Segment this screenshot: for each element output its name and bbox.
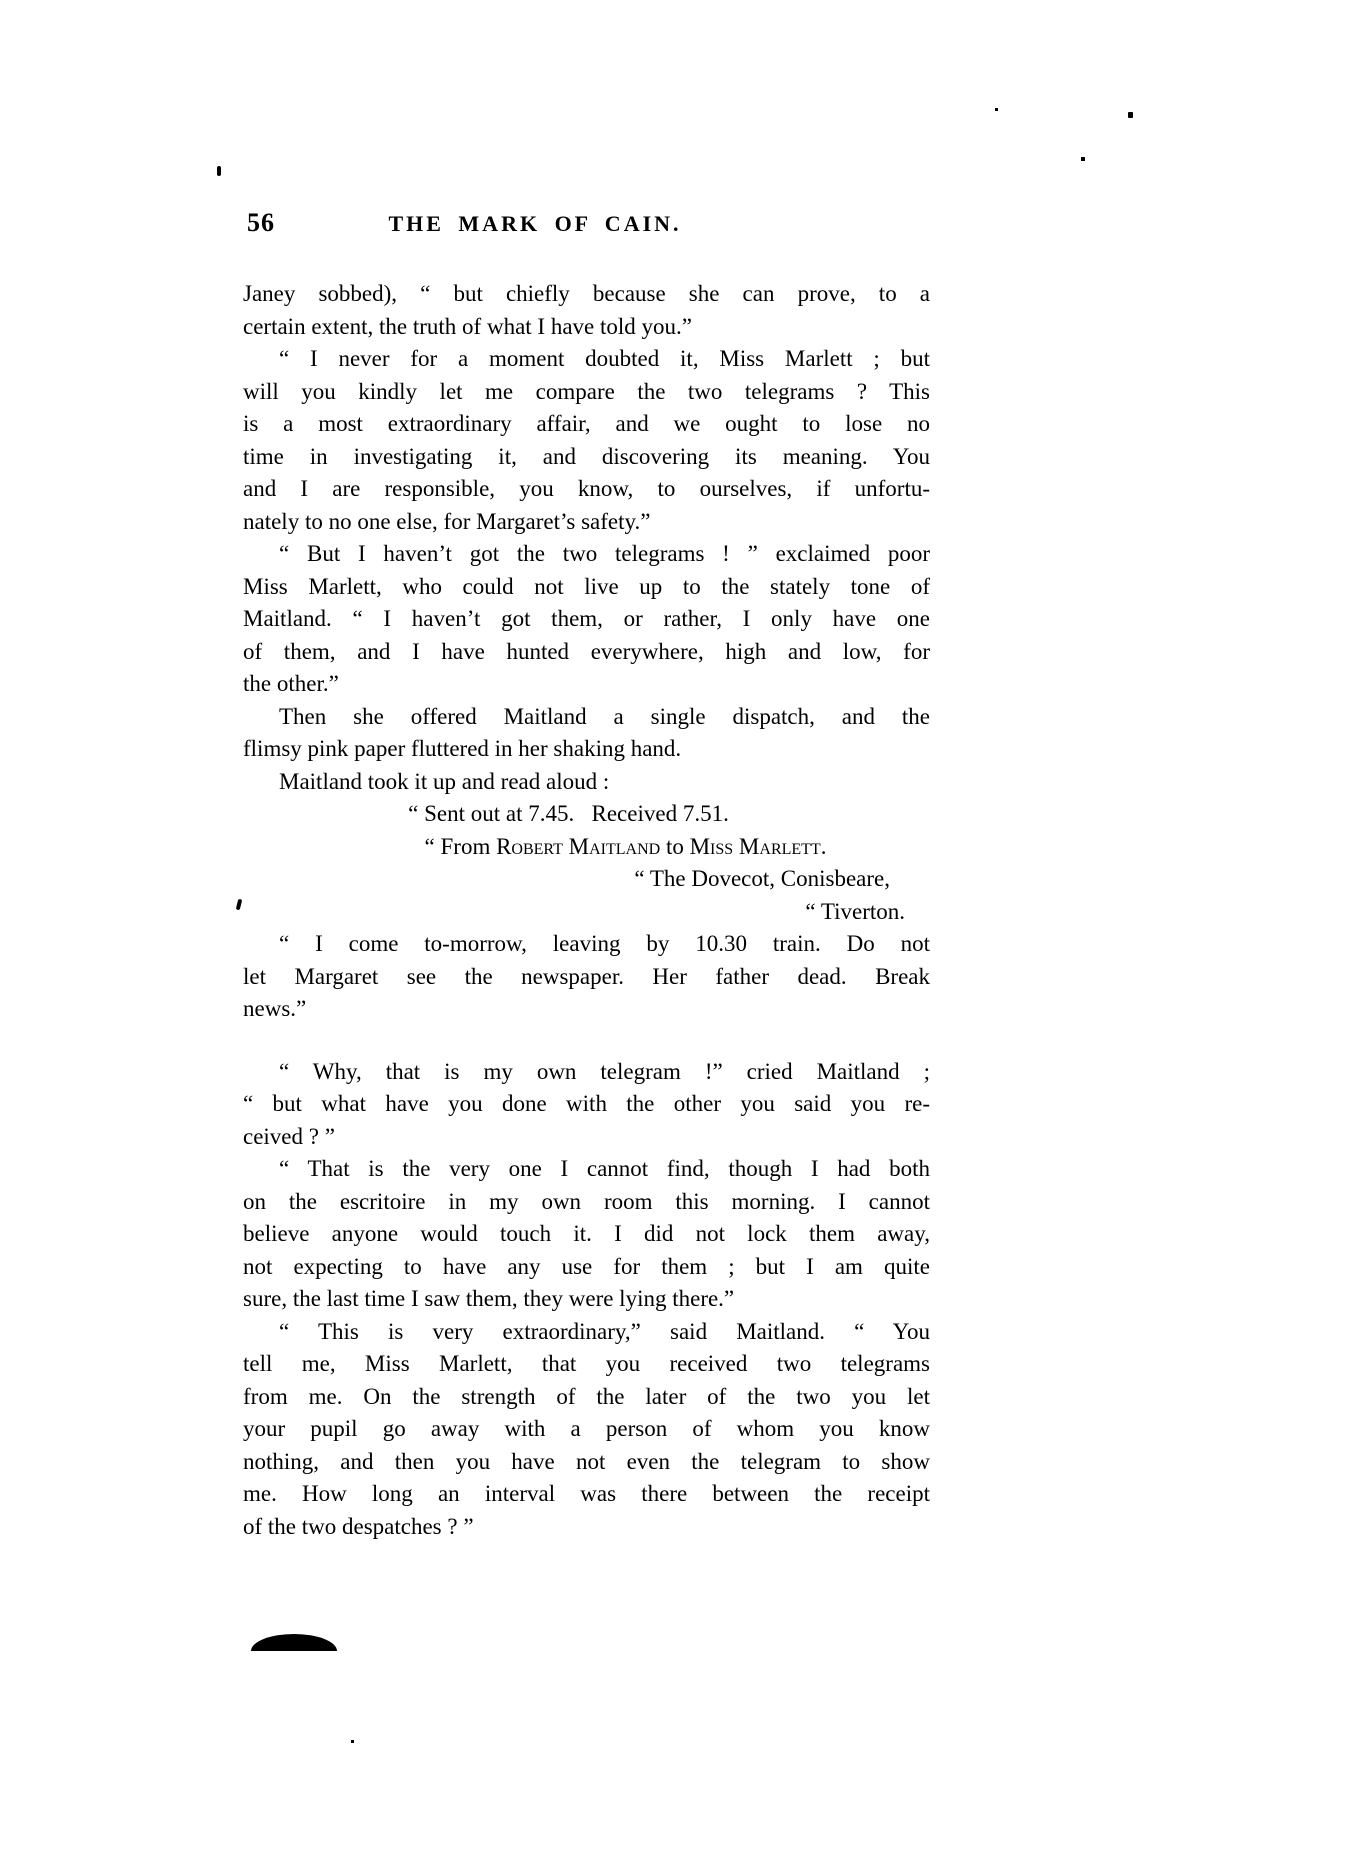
text-line: “ I come to-morrow, leaving by 10.30 tra… xyxy=(243,928,930,961)
text-line: time in investigating it, and discoverin… xyxy=(243,441,930,474)
ink-speck xyxy=(217,166,221,176)
page-header: 56 THE MARK OF CAIN. xyxy=(243,208,930,242)
text-line: “ Why, that is my own telegram !” cried … xyxy=(243,1056,930,1089)
text-line: the other.” xyxy=(243,668,930,701)
paragraph: Then she offered Maitland a single dispa… xyxy=(243,701,930,766)
ink-speck xyxy=(236,899,243,911)
text-line: nothing, and then you have not even the … xyxy=(243,1446,930,1479)
text-line: is a most extraordinary affair, and we o… xyxy=(243,408,930,441)
paragraph: “ Why, that is my own telegram !” cried … xyxy=(243,1056,930,1154)
paragraph: Maitland took it up and read aloud : xyxy=(243,766,930,799)
paragraph: “ But I haven’t got the two telegrams ! … xyxy=(243,538,930,701)
ink-speck xyxy=(1128,112,1133,118)
text-line: “ That is the very one I cannot find, th… xyxy=(243,1153,930,1186)
text-line: will you kindly let me compare the two t… xyxy=(243,376,930,409)
text-line: of them, and I have hunted everywhere, h… xyxy=(243,636,930,669)
small-caps-name: Robert Maitland xyxy=(496,834,660,859)
text-segment: to xyxy=(660,834,689,859)
running-title: THE MARK OF CAIN. xyxy=(243,211,827,237)
text-line: “ Sent out at 7.45. Received 7.51. xyxy=(243,798,930,831)
text-line: Janey sobbed), “ but chiefly because she… xyxy=(243,278,930,311)
text-line: believe anyone would touch it. I did not… xyxy=(243,1218,930,1251)
paragraph: “ This is very extraordinary,” said Mait… xyxy=(243,1316,930,1544)
text-line: your pupil go away with a person of whom… xyxy=(243,1413,930,1446)
ink-speck xyxy=(351,1740,354,1743)
text-line: nately to no one else, for Margaret’s sa… xyxy=(243,506,930,539)
text-block: Janey sobbed), “ but chiefly because she… xyxy=(243,278,930,1543)
text-line: me. How long an interval was there betwe… xyxy=(243,1478,930,1511)
text-line: Then she offered Maitland a single dispa… xyxy=(243,701,930,734)
ink-speck xyxy=(1081,157,1085,161)
text-line: and I are responsible, you know, to ours… xyxy=(243,473,930,506)
paragraph: “ That is the very one I cannot find, th… xyxy=(243,1153,930,1316)
paragraph: “ Sent out at 7.45. Received 7.51.“ From… xyxy=(243,798,930,928)
ink-speck xyxy=(995,108,998,111)
text-line: “ The Dovecot, Conisbeare, xyxy=(243,863,930,896)
text-line: Maitland took it up and read aloud : xyxy=(243,766,930,799)
text-line: Maitland. “ I haven’t got them, or rathe… xyxy=(243,603,930,636)
ink-blob xyxy=(251,1634,337,1651)
text-line: “ Tiverton. xyxy=(243,896,930,929)
text-line: ceived ? ” xyxy=(243,1121,930,1154)
paragraph: “ I never for a moment doubted it, Miss … xyxy=(243,343,930,538)
text-line: “ This is very extraordinary,” said Mait… xyxy=(243,1316,930,1349)
text-line: let Margaret see the newspaper. Her fath… xyxy=(243,961,930,994)
text-line: flimsy pink paper fluttered in her shaki… xyxy=(243,733,930,766)
text-line: “ but what have you done with the other … xyxy=(243,1088,930,1121)
text-line: news.” xyxy=(243,993,930,1026)
text-line: not expecting to have any use for them ;… xyxy=(243,1251,930,1284)
text-line: on the escritoire in my own room this mo… xyxy=(243,1186,930,1219)
text-line: Miss Marlett, who could not live up to t… xyxy=(243,571,930,604)
paragraph: Janey sobbed), “ but chiefly because she… xyxy=(243,278,930,343)
text-line: tell me, Miss Marlett, that you received… xyxy=(243,1348,930,1381)
text-line: from me. On the strength of the later of… xyxy=(243,1381,930,1414)
text-segment: “ From xyxy=(425,834,497,859)
book-page-scan: 56 THE MARK OF CAIN. Janey sobbed), “ bu… xyxy=(0,0,1353,1850)
text-line: “ From Robert Maitland to Miss Marlett. xyxy=(243,831,930,864)
small-caps-name: Miss Marlett xyxy=(690,834,821,859)
text-segment: . xyxy=(821,834,827,859)
text-line: certain extent, the truth of what I have… xyxy=(243,311,930,344)
text-line: “ But I haven’t got the two telegrams ! … xyxy=(243,538,930,571)
text-line: “ I never for a moment doubted it, Miss … xyxy=(243,343,930,376)
text-line: of the two despatches ? ” xyxy=(243,1511,930,1544)
paragraph: “ I come to-morrow, leaving by 10.30 tra… xyxy=(243,928,930,1026)
text-line: sure, the last time I saw them, they wer… xyxy=(243,1283,930,1316)
